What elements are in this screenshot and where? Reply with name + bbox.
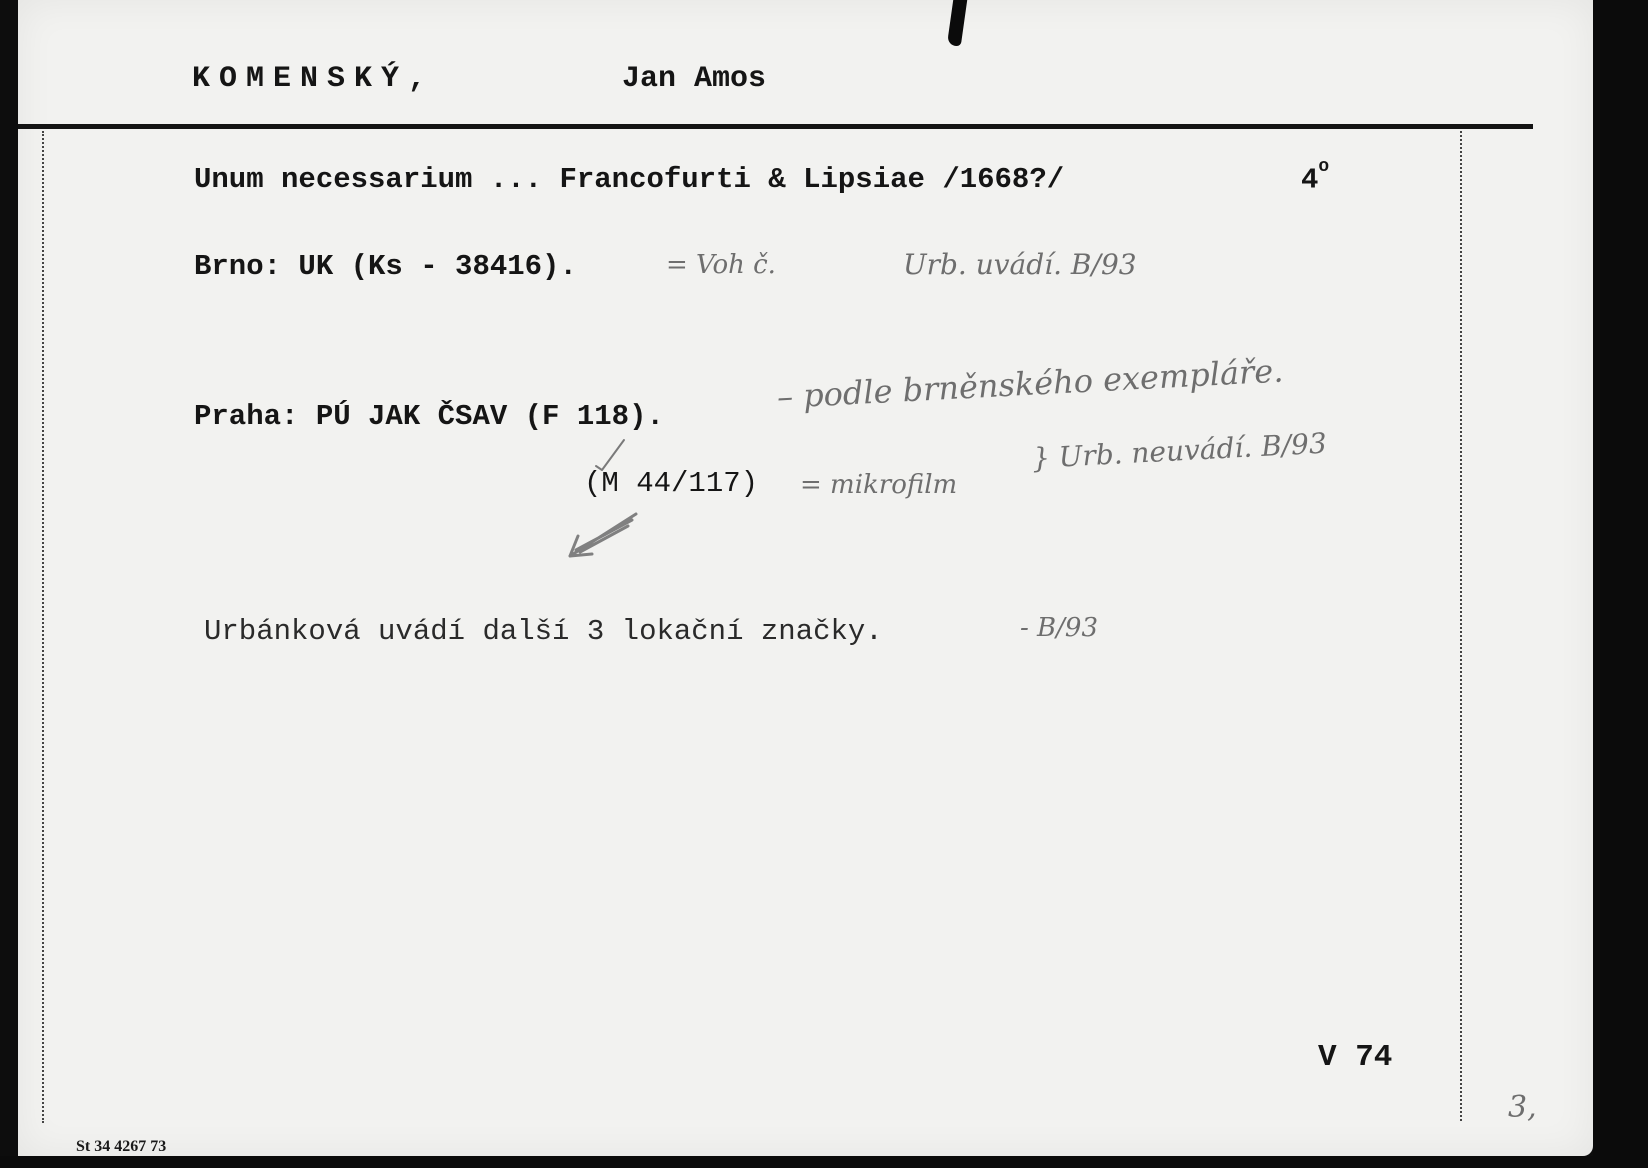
holding-brno: Brno: UK (Ks - 38416). bbox=[194, 250, 577, 283]
holding-microfilm: (M 44/117) bbox=[584, 467, 758, 500]
left-margin-dotted-line bbox=[42, 131, 44, 1123]
shelfmark: V 74 bbox=[1318, 1040, 1392, 1075]
handwritten-note-initials: - B/93 bbox=[1020, 613, 1098, 643]
handwritten-praha-note: – podle brněnského exempláře. bbox=[776, 352, 1284, 416]
format-mark: o bbox=[1318, 157, 1329, 177]
handwritten-brno-eq: = Voh č. bbox=[666, 250, 776, 280]
title-imprint-line: Unum necessarium ... Francofurti & Lipsi… bbox=[194, 163, 1064, 196]
format-number: 4 bbox=[1301, 164, 1318, 197]
scan-edge-right bbox=[1593, 0, 1648, 1168]
handwritten-brno-note: Urb. uvádí. B/93 bbox=[903, 248, 1137, 281]
holding-praha: Praha: PÚ JAK ČSAV (F 118). bbox=[194, 400, 664, 433]
format-indicator: 4o bbox=[1301, 163, 1329, 197]
handwritten-microfilm-note: } Urb. neuvádí. B/93 bbox=[1031, 427, 1327, 475]
catalog-card: KOMENSKÝ, Jan Amos Unum necessarium ... … bbox=[18, 0, 1593, 1156]
author-given-name: Jan Amos bbox=[622, 62, 766, 96]
author-surname: KOMENSKÝ, bbox=[192, 62, 435, 96]
pencil-arrow-icon bbox=[566, 506, 642, 562]
printed-form-number: St 34 4267 73 bbox=[76, 1138, 166, 1156]
handwritten-corner-number: 3, bbox=[1508, 1090, 1537, 1125]
scanned-catalog-card-image: KOMENSKÝ, Jan Amos Unum necessarium ... … bbox=[0, 0, 1648, 1168]
handwritten-microfilm-eq: = mikrofilm bbox=[800, 470, 957, 500]
note-urbankova: Urbánková uvádí další 3 lokační značky. bbox=[204, 615, 883, 648]
header-rule bbox=[18, 124, 1533, 129]
right-margin-dotted-line bbox=[1460, 131, 1462, 1121]
scan-edge-bottom bbox=[0, 1156, 1648, 1168]
